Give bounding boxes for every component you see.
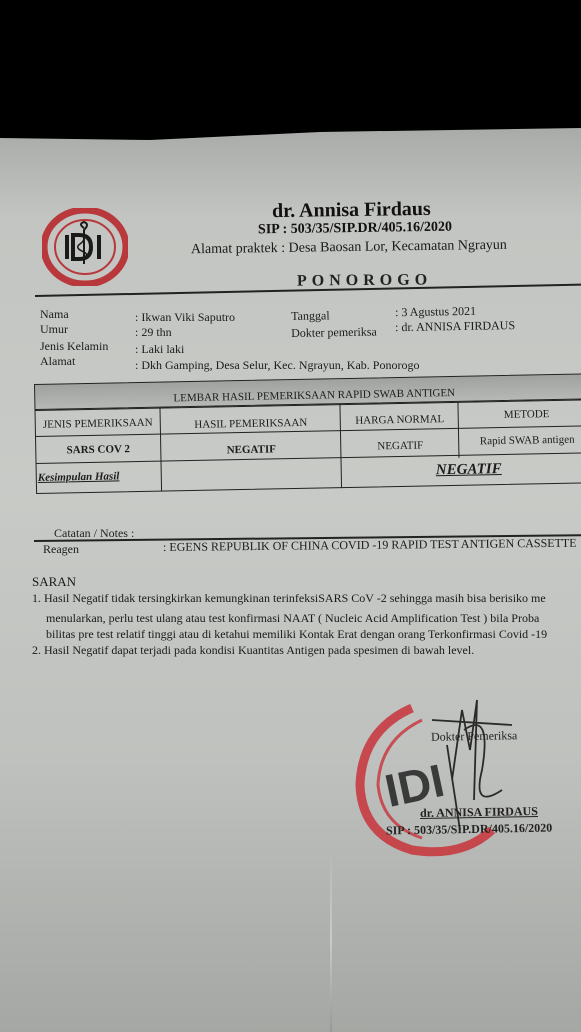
patient-name-value: : Ikwan Viki Saputro — [135, 310, 235, 325]
idi-logo-icon — [42, 208, 128, 286]
examining-doctor-label: Dokter pemeriksa — [291, 325, 377, 341]
patient-name-label: Nama — [40, 307, 69, 322]
date-label: Tanggal — [291, 308, 330, 324]
signature-sip: SIP : 503/35/SIP.DR/405.16/2020 — [386, 821, 552, 839]
column-header-method: METODE — [459, 407, 581, 422]
patient-address-label: Alamat — [40, 354, 75, 369]
advice-item-1-line-2: menularkan, perlu test ulang atau test k… — [46, 611, 539, 626]
advice-title: SARAN — [32, 574, 76, 590]
patient-age-label: Umur — [40, 322, 68, 337]
date-value: : 3 Agustus 2021 — [395, 304, 476, 320]
signature-name: dr. ANNISA FIRDAUS — [420, 804, 538, 821]
patient-age-value: : 29 thn — [135, 325, 172, 340]
normal-value-cell: NEGATIF — [341, 439, 459, 453]
advice-item-1-line-3: bilitas pre test relatif tinggi atau di … — [46, 627, 547, 642]
signature-label: Dokter Pemeriksa — [431, 728, 518, 745]
patient-address-value: : Dkh Gamping, Desa Selur, Kec. Ngrayun,… — [135, 358, 419, 373]
method-cell: Rapid SWAB antigen — [459, 433, 581, 448]
test-type-cell: SARS COV 2 — [35, 443, 161, 457]
doctor-sip-number: SIP : 503/35/SIP.DR/405.16/2020 — [258, 220, 452, 239]
results-table: LEMBAR HASIL PEMERIKSAAN RAPID SWAB ANTI… — [34, 373, 581, 494]
advice-item-1-line-1: 1. Hasil Negatif tidak tersingkirkan kem… — [32, 591, 546, 606]
conclusion-label: Kesimpulan Hasil — [38, 470, 162, 484]
examining-doctor-value: : dr. ANNISA FIRDAUS — [395, 318, 515, 335]
advice-item-2: 2. Hasil Negatif dapat terjadi pada kond… — [32, 643, 474, 658]
patient-gender-label: Jenis Kelamin — [40, 339, 108, 354]
patient-gender-value: : Laki laki — [135, 342, 184, 357]
photo-background — [0, 0, 581, 140]
reagent-label: Reagen — [43, 542, 79, 557]
column-header-test-type: JENIS PEMERIKSAAN — [35, 417, 161, 431]
column-header-normal-value: HARGA NORMAL — [341, 413, 459, 427]
